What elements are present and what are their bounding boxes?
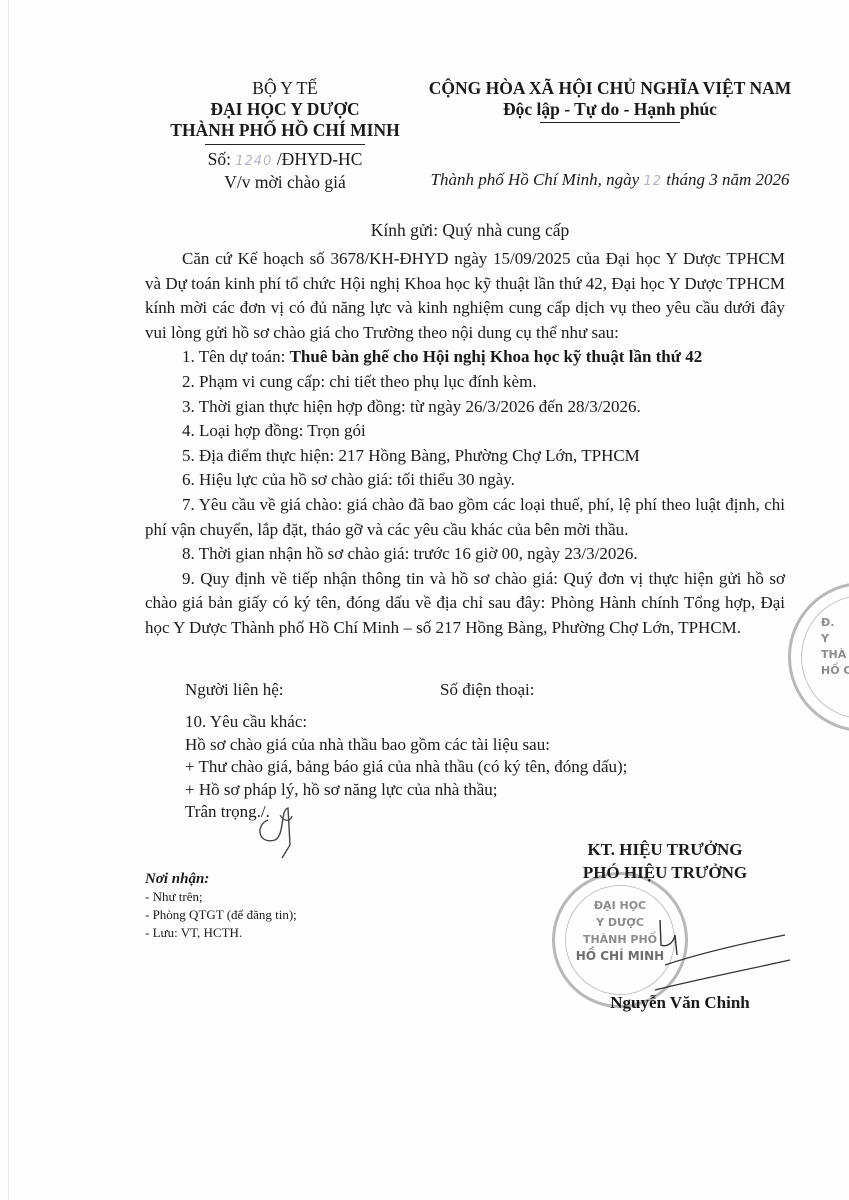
date-suffix: tháng 3 năm 2026 (666, 170, 789, 189)
salutation: Kính gửi: Quý nhà cung cấp (140, 220, 800, 241)
edge-stamp-line-3: THÀ (821, 647, 849, 663)
item-8: 8. Thời gian nhận hồ sơ chào giá: trước … (145, 542, 785, 567)
recipient-1: - Như trên; (145, 888, 297, 906)
intro-paragraph: Căn cứ Kế hoạch số 3678/KH-ĐHYD ngày 15/… (145, 247, 785, 345)
recipient-2: - Phòng QTGT (để đăng tin); (145, 906, 297, 924)
edge-stamp-line-4: HỒ C (821, 663, 849, 679)
scan-edge (8, 0, 9, 1200)
university-name-line2: THÀNH PHỐ HỒ CHÍ MINH (140, 120, 430, 141)
initial-signature-icon (250, 790, 310, 860)
university-name-line1: ĐẠI HỌC Y DƯỢC (140, 99, 430, 120)
ministry-name: BỘ Y TẾ (140, 78, 430, 99)
signature-block: KT. HIỆU TRƯỞNG PHÓ HIỆU TRƯỞNG (530, 838, 800, 884)
document-page: BỘ Y TẾ ĐẠI HỌC Y DƯỢC THÀNH PHỐ HỒ CHÍ … (0, 0, 849, 1200)
document-body: Căn cứ Kế hoạch số 3678/KH-ĐHYD ngày 15/… (145, 247, 785, 641)
doc-number-label: Số: (208, 149, 231, 169)
item-7: 7. Yêu cầu về giá chào: giá chào đã bao … (145, 493, 785, 542)
item-6: 6. Hiệu lực của hồ sơ chào giá: tối thiể… (145, 468, 785, 493)
document-date: Thành phố Hồ Chí Minh, ngày 12 tháng 3 n… (420, 170, 800, 190)
date-prefix: Thành phố Hồ Chí Minh, ngày (430, 170, 639, 189)
recipients: Nơi nhận: - Như trên; - Phòng QTGT (để đ… (145, 870, 297, 942)
item-1-value: Thuê bàn ghế cho Hội nghị Khoa học kỹ th… (290, 347, 703, 366)
recipient-3: - Lưu: VT, HCTH. (145, 924, 297, 942)
national-header: CỘNG HÒA XÃ HỘI CHỦ NGHĨA VIỆT NAM Độc l… (420, 78, 800, 123)
doc-number-suffix: /ĐHYD-HC (277, 149, 363, 169)
motto-underline (540, 122, 680, 123)
document-number: Số: 1240 /ĐHYD-HC (140, 149, 430, 172)
item-1: 1. Tên dự toán: Thuê bàn ghế cho Hội ngh… (145, 345, 785, 370)
item-3: 3. Thời gian thực hiện hợp đồng: từ ngày… (145, 395, 785, 420)
header-divider (205, 144, 365, 145)
edge-stamp-line-1: Đ. (821, 615, 849, 631)
edge-stamp: Đ. Y THÀ HỒ C (788, 582, 849, 732)
doc-number-handwritten: 1240 (235, 154, 272, 169)
required-document-1: + Thư chào giá, bảng báo giá của nhà thầ… (185, 756, 745, 779)
date-day-handwritten: 12 (643, 174, 662, 189)
signer-on-behalf: KT. HIỆU TRƯỞNG (530, 838, 800, 861)
edge-stamp-line-2: Y (821, 631, 849, 647)
signature-icon (655, 915, 795, 995)
item-9: 9. Quy định về tiếp nhận thông tin và hồ… (145, 567, 785, 641)
other-requirements-intro: Hồ sơ chào giá của nhà thầu bao gồm các … (185, 734, 745, 757)
issuer-header: BỘ Y TẾ ĐẠI HỌC Y DƯỢC THÀNH PHỐ HỒ CHÍ … (140, 78, 430, 193)
other-requirements-heading: 10. Yêu cầu khác: (185, 711, 745, 734)
document-subject: V/v mời chào giá (140, 172, 430, 193)
nation-title: CỘNG HÒA XÃ HỘI CHỦ NGHĨA VIỆT NAM (420, 78, 800, 99)
item-2: 2. Phạm vi cung cấp: chi tiết theo phụ l… (145, 370, 785, 395)
stamp-line-1: ĐẠI HỌC (555, 897, 685, 914)
item-1-label: 1. Tên dự toán: (182, 347, 290, 366)
signer-position: PHÓ HIỆU TRƯỞNG (530, 861, 800, 884)
signer-name: Nguyễn Văn Chinh (530, 993, 830, 1013)
contact-person-label: Người liên hệ: (185, 680, 283, 700)
item-4: 4. Loại hợp đồng: Trọn gói (145, 419, 785, 444)
national-motto: Độc lập - Tự do - Hạnh phúc (420, 99, 800, 120)
item-5: 5. Địa điểm thực hiện: 217 Hồng Bàng, Ph… (145, 444, 785, 469)
contact-phone-label: Số điện thoại: (440, 680, 534, 700)
recipients-title: Nơi nhận: (145, 870, 297, 888)
